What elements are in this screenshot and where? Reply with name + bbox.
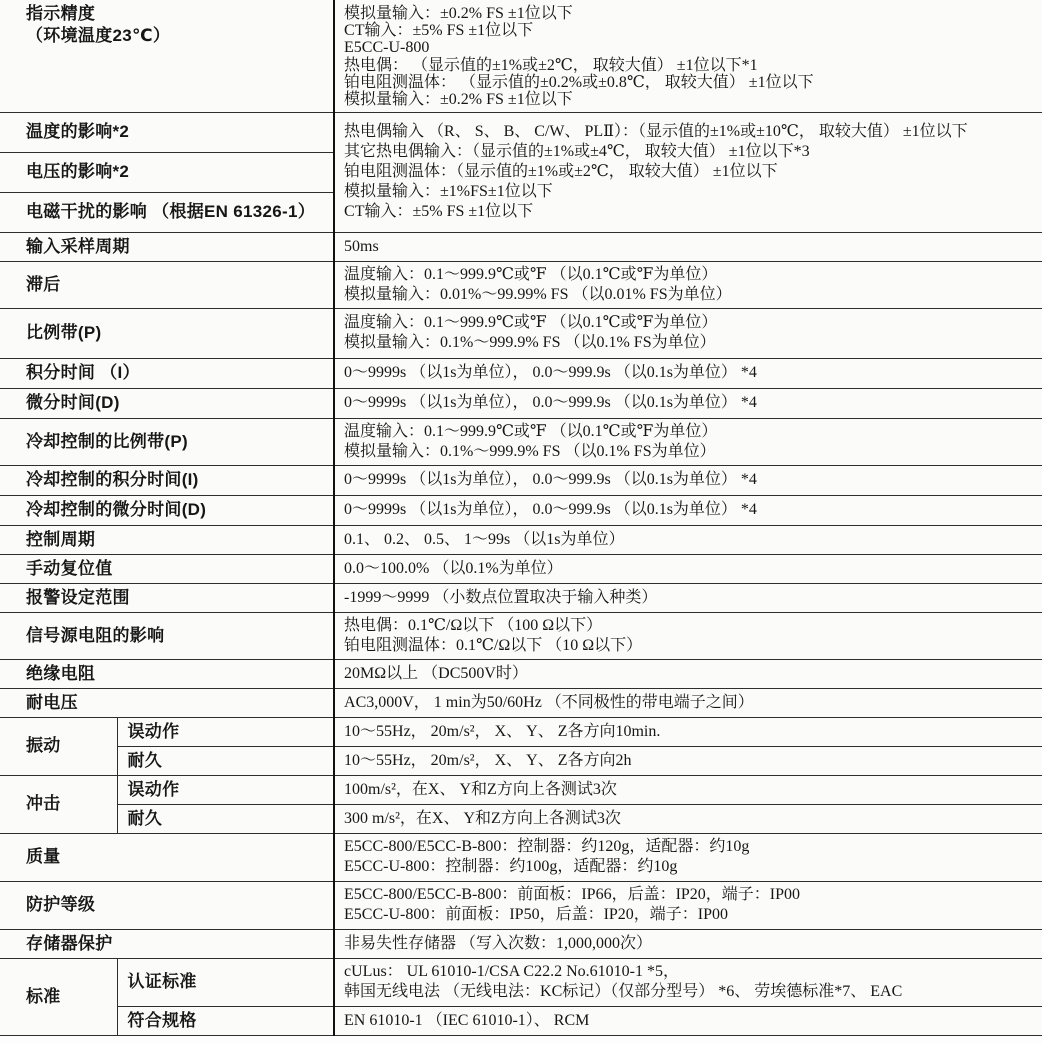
spec-value: 0～9999s （以1s为单位）， 0.0～999.9s （以0.1s为单位） … xyxy=(334,495,1042,525)
spec-label: 比例带(P) xyxy=(0,308,334,358)
spec-label: 冷却控制的积分时间(I) xyxy=(0,465,334,495)
spec-value-line: 其它热电偶输入：（显示值的±1%或±4℃， 取较大值） ±1位以下*3 xyxy=(344,142,1034,162)
spec-value-line: 0～9999s （以1s为单位）， 0.0～999.9s （以0.1s为单位） … xyxy=(344,393,1034,413)
table-row: 微分时间(D)0～9999s （以1s为单位）， 0.0～999.9s （以0.… xyxy=(0,388,1042,418)
spec-sublabel: 耐久 xyxy=(117,746,334,775)
spec-label: 标准 xyxy=(0,958,117,1035)
spec-value: 非易失性存储器 （写入次数：1,000,000次） xyxy=(334,929,1042,958)
spec-label: 振动 xyxy=(0,717,117,775)
spec-sublabel: 误动作 xyxy=(117,775,334,804)
table-row: 报警设定范围-1999～9999 （小数点位置取决于输入种类） xyxy=(0,583,1042,612)
spec-value-line: E5CC-U-800 xyxy=(344,38,1034,55)
spec-label: 温度的影响*2 xyxy=(0,112,334,152)
table-row: 质量E5CC-800/E5CC-B-800：控制器：约120g，适配器：约10g… xyxy=(0,833,1042,881)
spec-value: -1999～9999 （小数点位置取决于输入种类） xyxy=(334,583,1042,612)
spec-label: 滞后 xyxy=(0,261,334,308)
table-row: 符合规格EN 61010-1 （IEC 61010-1）、 RCM xyxy=(0,1006,1042,1035)
spec-value: EN 61010-1 （IEC 61010-1）、 RCM xyxy=(334,1006,1042,1035)
spec-value: 0～9999s （以1s为单位）， 0.0～999.9s （以0.1s为单位） … xyxy=(334,388,1042,418)
spec-value-line: E5CC-800/E5CC-B-800：控制器：约120g，适配器：约10g xyxy=(344,837,1034,857)
spec-value-line: 模拟量输入：0.01%～99.99% FS （以0.01% FS为单位） xyxy=(344,285,1034,305)
spec-value-line: E5CC-U-800：前面板：IP50，后盖：IP20，端子：IP00 xyxy=(344,905,1034,925)
spec-value: 10～55Hz， 20m/s²， X、 Y、 Z各方向2h xyxy=(334,746,1042,775)
spec-label: 冷却控制的微分时间(D) xyxy=(0,495,334,525)
spec-sublabel: 误动作 xyxy=(117,717,334,746)
spec-value: 50ms xyxy=(334,232,1042,261)
spec-value-line: 铂电阻测温体：（显示值的±1%或±2℃， 取较大值） ±1位以下 xyxy=(344,162,1034,182)
bottom-margin xyxy=(0,1036,1042,1044)
spec-value: 0.0～100.0% （以0.1%为单位） xyxy=(334,554,1042,583)
spec-value: E5CC-800/E5CC-B-800：控制器：约120g，适配器：约10gE5… xyxy=(334,833,1042,881)
table-row: 振动误动作10～55Hz， 20m/s²， X、 Y、 Z各方向10min. xyxy=(0,717,1042,746)
spec-label: 指示精度 （环境温度23℃） xyxy=(0,0,334,112)
spec-value-line: 50ms xyxy=(344,237,1034,257)
spec-value: 热电偶：0.1℃/Ω以下 （100 Ω以下）铂电阻测温体：0.1℃/Ω以下 （1… xyxy=(334,612,1042,659)
table-row: 冷却控制的比例带(P)温度输入：0.1～999.9℃或℉ （以0.1℃或℉为单位… xyxy=(0,418,1042,465)
table-row: 耐久10～55Hz， 20m/s²， X、 Y、 Z各方向2h xyxy=(0,746,1042,775)
spec-value-line: 0.0～100.0% （以0.1%为单位） xyxy=(344,559,1034,579)
spec-label: 控制周期 xyxy=(0,525,334,554)
spec-label: 电压的影响*2 xyxy=(0,152,334,192)
spec-value-line: 温度输入：0.1～999.9℃或℉ （以0.1℃或℉为单位） xyxy=(344,422,1034,442)
spec-value: cULus： UL 61010-1/CSA C22.2 No.61010-1 *… xyxy=(334,958,1042,1006)
spec-value: E5CC-800/E5CC-B-800：前面板：IP66，后盖：IP20，端子：… xyxy=(334,881,1042,929)
spec-value: 20MΩ以上 （DC500V时） xyxy=(334,659,1042,688)
table-row: 耐电压AC3,000V， 1 min为50/60Hz （不同极性的带电端子之间） xyxy=(0,688,1042,717)
table-row: 标准认证标准cULus： UL 61010-1/CSA C22.2 No.610… xyxy=(0,958,1042,1006)
table-row: 积分时间 （I）0～9999s （以1s为单位）， 0.0～999.9s （以0… xyxy=(0,358,1042,388)
table-row: 信号源电阻的影响热电偶：0.1℃/Ω以下 （100 Ω以下）铂电阻测温体：0.1… xyxy=(0,612,1042,659)
spec-value-line: 模拟量输入：±0.2% FS ±1位以下 xyxy=(344,4,1034,21)
spec-value-line: 模拟量输入：0.1%～999.9% FS （以0.1% FS为单位） xyxy=(344,442,1034,462)
spec-value-line: 模拟量输入：0.1%～999.9% FS （以0.1% FS为单位） xyxy=(344,333,1034,353)
spec-label: 绝缘电阻 xyxy=(0,659,334,688)
spec-value-line: 10～55Hz， 20m/s²， X、 Y、 Z各方向10min. xyxy=(344,722,1034,742)
spec-sublabel: 符合规格 xyxy=(117,1006,334,1035)
spec-sheet-page: 指示精度 （环境温度23℃）模拟量输入：±0.2% FS ±1位以下CT输入：±… xyxy=(0,0,1042,1044)
spec-value-line: E5CC-U-800：控制器：约100g，适配器：约10g xyxy=(344,857,1034,877)
spec-value: 10～55Hz， 20m/s²， X、 Y、 Z各方向10min. xyxy=(334,717,1042,746)
spec-table: 指示精度 （环境温度23℃）模拟量输入：±0.2% FS ±1位以下CT输入：±… xyxy=(0,0,1042,1036)
spec-value-line: 0～9999s （以1s为单位）， 0.0～999.9s （以0.1s为单位） … xyxy=(344,363,1034,383)
spec-label: 电磁干扰的影响 （根据EN 61326-1） xyxy=(0,192,334,232)
table-row: 指示精度 （环境温度23℃）模拟量输入：±0.2% FS ±1位以下CT输入：±… xyxy=(0,0,1042,112)
spec-value-line: 100m/s²，在X、 Y和Z方向上各测试3次 xyxy=(344,780,1034,800)
table-row: 控制周期0.1、 0.2、 0.5、 1～99s （以1s为单位） xyxy=(0,525,1042,554)
spec-label: 积分时间 （I） xyxy=(0,358,334,388)
spec-value: AC3,000V， 1 min为50/60Hz （不同极性的带电端子之间） xyxy=(334,688,1042,717)
spec-value-line: 热电偶：0.1℃/Ω以下 （100 Ω以下） xyxy=(344,616,1034,636)
spec-label: 耐电压 xyxy=(0,688,334,717)
spec-sublabel: 耐久 xyxy=(117,804,334,833)
spec-label: 微分时间(D) xyxy=(0,388,334,418)
spec-value: 100m/s²，在X、 Y和Z方向上各测试3次 xyxy=(334,775,1042,804)
spec-value: 0.1、 0.2、 0.5、 1～99s （以1s为单位） xyxy=(334,525,1042,554)
spec-value-line: CT输入：±5% FS ±1位以下 xyxy=(344,21,1034,38)
spec-value-line: 300 m/s²，在X、 Y和Z方向上各测试3次 xyxy=(344,809,1034,829)
table-row: 手动复位值0.0～100.0% （以0.1%为单位） xyxy=(0,554,1042,583)
spec-value-line: cULus： UL 61010-1/CSA C22.2 No.61010-1 *… xyxy=(344,962,1034,982)
table-row: 比例带(P)温度输入：0.1～999.9℃或℉ （以0.1℃或℉为单位）模拟量输… xyxy=(0,308,1042,358)
spec-value-line: AC3,000V， 1 min为50/60Hz （不同极性的带电端子之间） xyxy=(344,693,1034,713)
spec-label: 防护等级 xyxy=(0,881,334,929)
table-row: 耐久300 m/s²，在X、 Y和Z方向上各测试3次 xyxy=(0,804,1042,833)
table-row: 冷却控制的微分时间(D)0～9999s （以1s为单位）， 0.0～999.9s… xyxy=(0,495,1042,525)
spec-value-line: 0～9999s （以1s为单位）， 0.0～999.9s （以0.1s为单位） … xyxy=(344,500,1034,520)
table-row: 存储器保护非易失性存储器 （写入次数：1,000,000次） xyxy=(0,929,1042,958)
spec-value: 0～9999s （以1s为单位）， 0.0～999.9s （以0.1s为单位） … xyxy=(334,465,1042,495)
spec-value: 热电偶输入 （R、 S、 B、 C/W、 PLⅡ）：（显示值的±1%或±10℃，… xyxy=(334,112,1042,232)
spec-value: 温度输入：0.1～999.9℃或℉ （以0.1℃或℉为单位）模拟量输入：0.1%… xyxy=(334,418,1042,465)
spec-value: 温度输入：0.1～999.9℃或℉ （以0.1℃或℉为单位）模拟量输入：0.01… xyxy=(334,261,1042,308)
spec-value: 温度输入：0.1～999.9℃或℉ （以0.1℃或℉为单位）模拟量输入：0.1%… xyxy=(334,308,1042,358)
table-row: 冷却控制的积分时间(I)0～9999s （以1s为单位）， 0.0～999.9s… xyxy=(0,465,1042,495)
spec-value-line: 韩国无线电法 （无线电法：KC标记）（仅部分型号） *6、 劳埃德标准*7、 E… xyxy=(344,982,1034,1002)
table-row: 冲击误动作100m/s²，在X、 Y和Z方向上各测试3次 xyxy=(0,775,1042,804)
spec-table-body: 指示精度 （环境温度23℃）模拟量输入：±0.2% FS ±1位以下CT输入：±… xyxy=(0,0,1042,1035)
spec-label: 存储器保护 xyxy=(0,929,334,958)
spec-label: 报警设定范围 xyxy=(0,583,334,612)
spec-value-line: 温度输入：0.1～999.9℃或℉ （以0.1℃或℉为单位） xyxy=(344,313,1034,333)
spec-value-line: 20MΩ以上 （DC500V时） xyxy=(344,664,1034,684)
table-row: 防护等级E5CC-800/E5CC-B-800：前面板：IP66，后盖：IP20… xyxy=(0,881,1042,929)
table-row: 绝缘电阻20MΩ以上 （DC500V时） xyxy=(0,659,1042,688)
spec-value-line: 非易失性存储器 （写入次数：1,000,000次） xyxy=(344,934,1034,954)
spec-value-line: -1999～9999 （小数点位置取决于输入种类） xyxy=(344,588,1034,608)
spec-value-line: 铂电阻测温体：0.1℃/Ω以下 （10 Ω以下） xyxy=(344,636,1034,656)
spec-value: 0～9999s （以1s为单位）， 0.0～999.9s （以0.1s为单位） … xyxy=(334,358,1042,388)
table-row: 滞后温度输入：0.1～999.9℃或℉ （以0.1℃或℉为单位）模拟量输入：0.… xyxy=(0,261,1042,308)
spec-value-line: 10～55Hz， 20m/s²， X、 Y、 Z各方向2h xyxy=(344,751,1034,771)
spec-value-line: 0～9999s （以1s为单位）， 0.0～999.9s （以0.1s为单位） … xyxy=(344,470,1034,490)
spec-value-line: 0.1、 0.2、 0.5、 1～99s （以1s为单位） xyxy=(344,530,1034,550)
spec-sublabel: 认证标准 xyxy=(117,958,334,1006)
spec-label: 冲击 xyxy=(0,775,117,833)
spec-value-line: EN 61010-1 （IEC 61010-1）、 RCM xyxy=(344,1011,1034,1031)
clipped-value-wrap: 模拟量输入：±0.2% FS ±1位以下CT输入：±5% FS ±1位以下E5C… xyxy=(344,4,1034,108)
spec-value: 300 m/s²，在X、 Y和Z方向上各测试3次 xyxy=(334,804,1042,833)
spec-value-line: 热电偶输入 （R、 S、 B、 C/W、 PLⅡ）：（显示值的±1%或±10℃，… xyxy=(344,122,1034,142)
table-row: 温度的影响*2热电偶输入 （R、 S、 B、 C/W、 PLⅡ）：（显示值的±1… xyxy=(0,112,1042,152)
spec-value-line: 铂电阻测温体： （显示值的±0.2%或±0.8℃， 取较大值） ±1位以下 xyxy=(344,73,1034,90)
spec-value-line: 温度输入：0.1～999.9℃或℉ （以0.1℃或℉为单位） xyxy=(344,265,1034,285)
spec-label: 冷却控制的比例带(P) xyxy=(0,418,334,465)
spec-value-line: 模拟量输入：±1%FS±1位以下 xyxy=(344,182,1034,202)
spec-value-line: 热电偶： （显示值的±1%或±2℃， 取较大值） ±1位以下*1 xyxy=(344,56,1034,73)
spec-label: 信号源电阻的影响 xyxy=(0,612,334,659)
spec-label: 手动复位值 xyxy=(0,554,334,583)
spec-label: 输入采样周期 xyxy=(0,232,334,261)
spec-value-line: E5CC-800/E5CC-B-800：前面板：IP66，后盖：IP20，端子：… xyxy=(344,885,1034,905)
spec-value-line: CT输入：±5% FS ±1位以下 xyxy=(344,202,1034,222)
spec-label: 质量 xyxy=(0,833,334,881)
spec-value-line: 模拟量输入：±0.2% FS ±1位以下 xyxy=(344,90,1034,107)
table-row: 输入采样周期50ms xyxy=(0,232,1042,261)
spec-value: 模拟量输入：±0.2% FS ±1位以下CT输入：±5% FS ±1位以下E5C… xyxy=(334,0,1042,112)
